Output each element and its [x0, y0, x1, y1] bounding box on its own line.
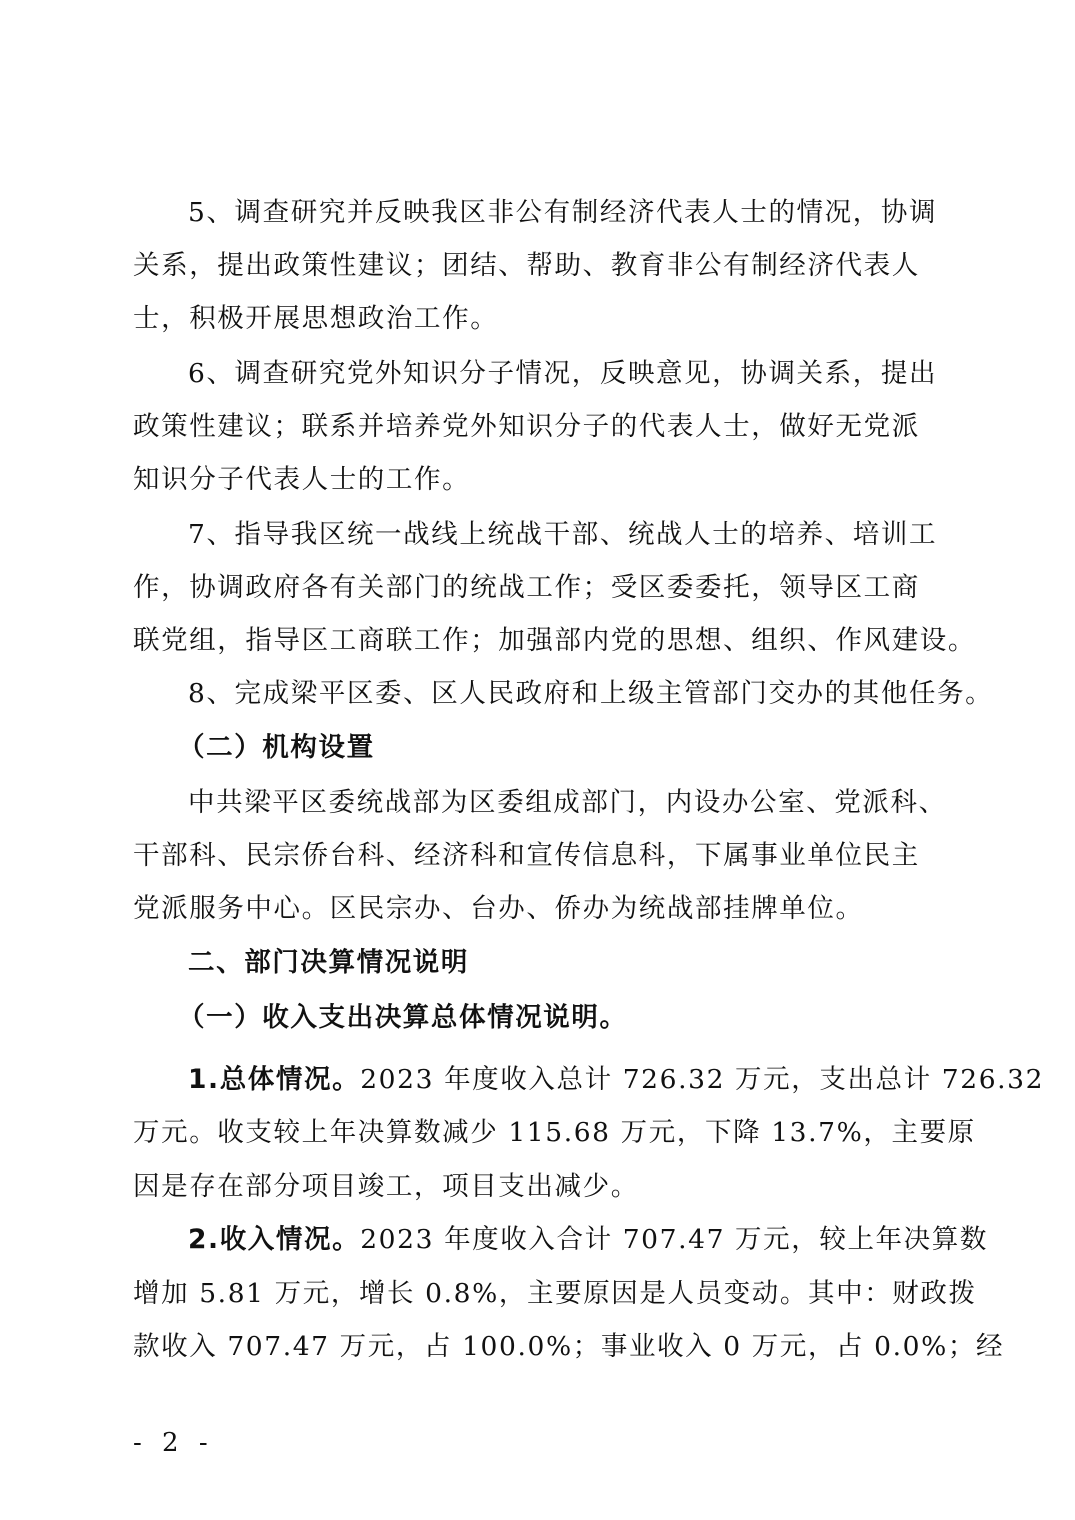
section-two-subheading: （一）收入支出决算总体情况说明。: [178, 1001, 988, 1035]
income-line-1: 2.收入情况。2023 年度收入合计 707.47 万元，较上年决算数: [188, 1223, 998, 1257]
page-number: - 2 -: [133, 1428, 214, 1458]
item7-line-3: 联党组，指导区工商联工作；加强部内党的思想、组织、作风建设。: [133, 624, 943, 658]
org-line-3: 党派服务中心。区民宗办、台办、侨办为统战部挂牌单位。: [133, 892, 943, 926]
income-line-2: 增加 5.81 万元，增长 0.8%，主要原因是人员变动。其中：财政拨: [133, 1277, 943, 1311]
section-org-heading: （二）机构设置: [178, 731, 988, 765]
overall-line-1: 1.总体情况。2023 年度收入总计 726.32 万元，支出总计 726.32: [188, 1063, 998, 1097]
item7-line-2: 作，协调政府各有关部门的统战工作；受区委委托，领导区工商: [133, 571, 943, 605]
item8-line-1: 8、完成梁平区委、区人民政府和上级主管部门交办的其他任务。: [188, 677, 998, 711]
item6-line-2: 政策性建议；联系并培养党外知识分子的代表人士，做好无党派: [133, 410, 943, 444]
item5-line-2: 关系，提出政策性建议；团结、帮助、教育非公有制经济代表人: [133, 249, 943, 283]
overall-line-3: 因是存在部分项目竣工，项目支出减少。: [133, 1170, 943, 1204]
overall-line-2: 万元。收支较上年决算数减少 115.68 万元，下降 13.7%，主要原: [133, 1116, 943, 1150]
item6-line-3: 知识分子代表人士的工作。: [133, 463, 943, 497]
income-text-1: 2023 年度收入合计 707.47 万元，较上年决算数: [360, 1224, 988, 1255]
item5-line-1: 5、调查研究并反映我区非公有制经济代表人士的情况，协调: [188, 196, 998, 230]
org-line-2: 干部科、民宗侨台科、经济科和宣传信息科，下属事业单位民主: [133, 839, 943, 873]
overall-label: 1.总体情况。: [188, 1064, 360, 1095]
item5-line-3: 士，积极开展思想政治工作。: [133, 302, 943, 336]
org-line-1: 中共梁平区委统战部为区委组成部门，内设办公室、党派科、: [188, 786, 998, 820]
section-two-heading: 二、部门决算情况说明: [188, 946, 998, 980]
income-label: 2.收入情况。: [188, 1224, 360, 1255]
document-page: 5、调查研究并反映我区非公有制经济代表人士的情况，协调 关系，提出政策性建议；团…: [0, 0, 1075, 1520]
item7-line-1: 7、指导我区统一战线上统战干部、统战人士的培养、培训工: [188, 518, 998, 552]
item6-line-1: 6、调查研究党外知识分子情况，反映意见，协调关系，提出: [188, 357, 998, 391]
overall-text-1: 2023 年度收入总计 726.32 万元，支出总计 726.32: [360, 1064, 1044, 1095]
income-line-3: 款收入 707.47 万元，占 100.0%；事业收入 0 万元，占 0.0%；…: [133, 1330, 943, 1364]
